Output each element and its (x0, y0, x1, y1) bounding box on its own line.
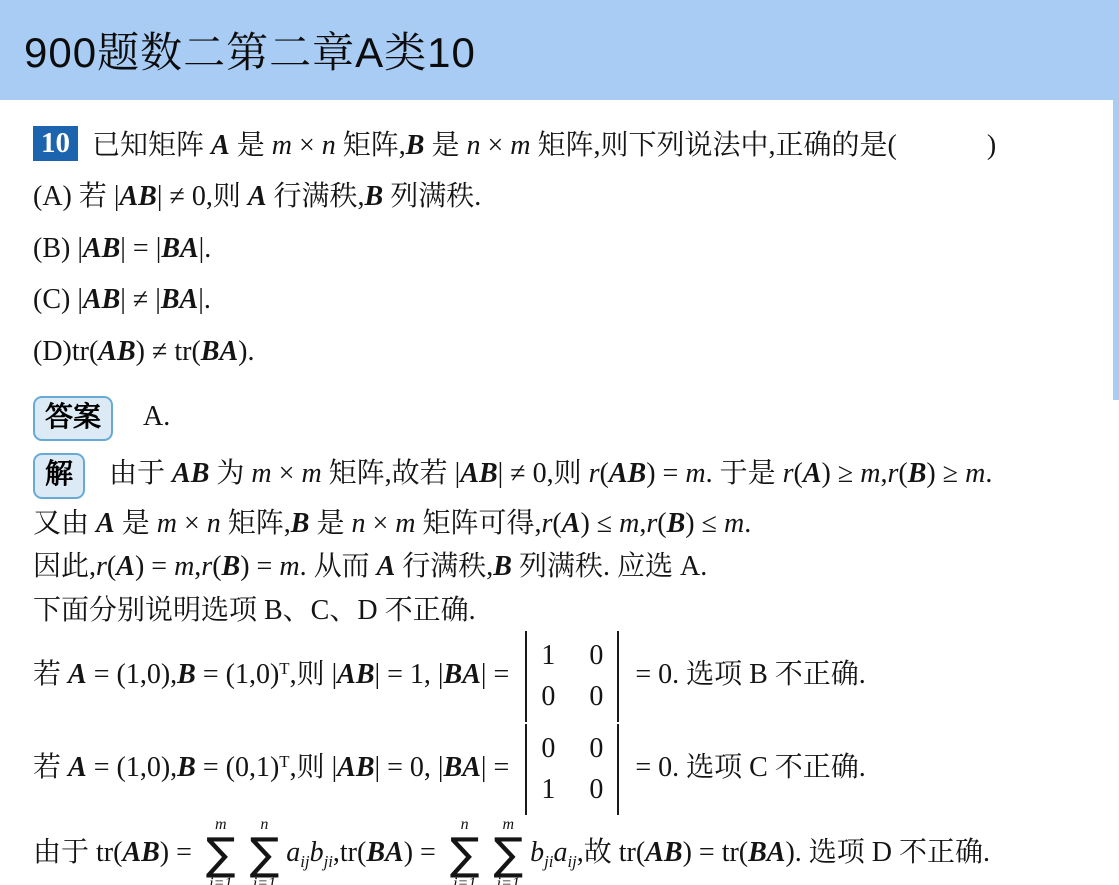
solution-line-7: 由于 tr(AB) = m∑i=1n∑j=1aijbji,tr(BA) = n∑… (33, 817, 1081, 885)
scrollbar-thumb[interactable] (1113, 100, 1119, 400)
option-B: (B) |AB| = |BA|. (33, 231, 1081, 267)
solution-line-5: 若 A = (1,0),B = (1,0)T,则 |AB| = 1, |BA| … (33, 631, 1081, 722)
summation: m∑i=1 (206, 817, 236, 885)
solution-line-6: 若 A = (1,0),B = (0,1)T,则 |AB| = 0, |BA| … (33, 724, 1081, 815)
summation: n∑j=1 (250, 817, 280, 885)
option-D: (D)tr(AB) ≠ tr(BA). (33, 334, 1081, 370)
option-C: (C) |AB| ≠ |BA|. (33, 282, 1081, 318)
option-A: (A) 若 |AB| ≠ 0,则 A 行满秩,B 列满秩. (33, 179, 1081, 215)
solution-line-1: 解由于 AB 为 m × m 矩阵,故若 |AB| ≠ 0,则 r(AB) = … (33, 453, 1081, 498)
solution-label: 解 (33, 453, 85, 498)
answer-row: 答案A. (33, 396, 1081, 441)
determinant-2x2: 0010 (525, 724, 619, 815)
solution-line-3: 因此,r(A) = m,r(B) = m. 从而 A 行满秩,B 列满秩. 应选… (33, 549, 1081, 585)
page-title: 900题数二第二章A类10 (0, 0, 1119, 80)
solution-line-4: 下面分别说明选项 B、C、D 不正确. (33, 593, 1081, 629)
summation: m∑i=1 (493, 817, 523, 885)
page-title-bar: 900题数二第二章A类10 (0, 0, 1119, 100)
problem-content: 10已知矩阵 A 是 m × n 矩阵,B 是 n × m 矩阵,则下列说法中,… (33, 100, 1081, 885)
answer-value: A. (143, 401, 170, 432)
answer-label: 答案 (33, 396, 113, 441)
question-number-badge: 10 (33, 126, 78, 161)
summation: n∑j=1 (450, 817, 480, 885)
determinant-2x2: 1000 (525, 631, 619, 722)
document-page: 900题数二第二章A类10 10已知矩阵 A 是 m × n 矩阵,B 是 n … (0, 0, 1119, 885)
solution-line-1-text: 由于 AB 为 m × m 矩阵,故若 |AB| ≠ 0,则 r(AB) = m… (109, 458, 992, 489)
question-stem-text: 已知矩阵 A 是 m × n 矩阵,B 是 n × m 矩阵,则下列说法中,正确… (92, 130, 996, 161)
question-stem: 10已知矩阵 A 是 m × n 矩阵,B 是 n × m 矩阵,则下列说法中,… (33, 126, 1081, 164)
solution-line-2: 又由 A 是 m × n 矩阵,B 是 n × m 矩阵可得,r(A) ≤ m,… (33, 506, 1081, 542)
